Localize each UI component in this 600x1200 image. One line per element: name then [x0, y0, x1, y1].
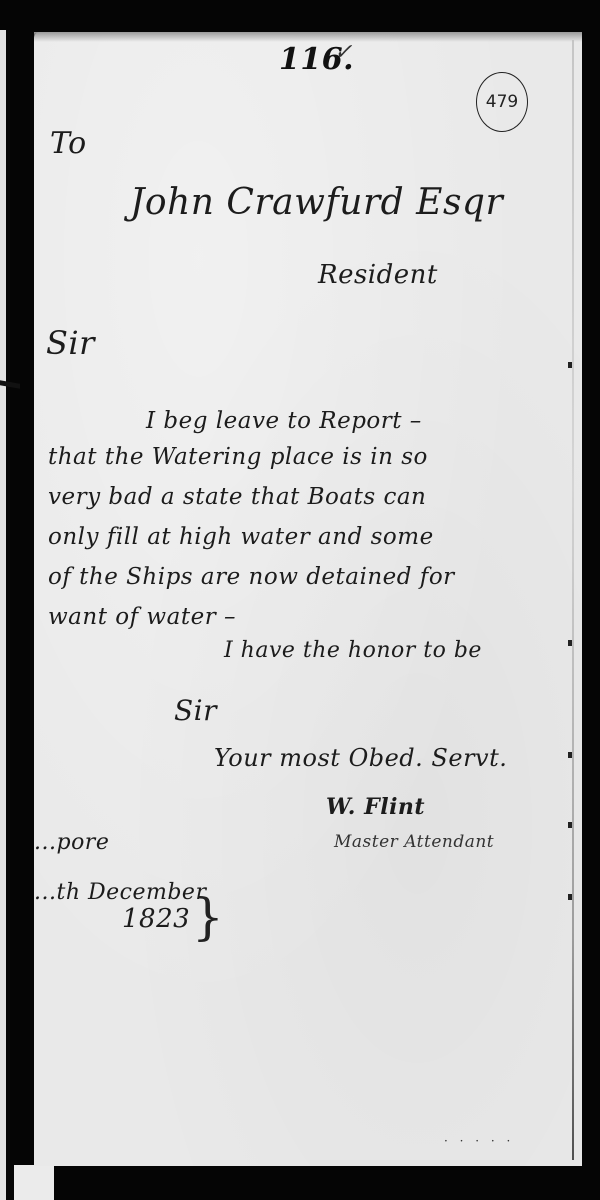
- closing-salutation: Sir: [174, 694, 217, 727]
- manuscript-page: 116. ✓ 479 To John Crawfurd Esqr Residen…: [34, 32, 582, 1166]
- brace-icon: }: [192, 888, 224, 946]
- body-line: of the Ships are now detained for: [48, 564, 455, 590]
- signature-title: Master Attendant: [334, 832, 494, 852]
- adjacent-page-edge: [0, 30, 6, 1200]
- body-line: want of water –: [48, 604, 236, 630]
- archive-stamp-number: 479: [486, 92, 518, 112]
- letter-place: ...pore: [34, 830, 109, 855]
- margin-mark: [568, 894, 572, 900]
- adjacent-page-corner: [14, 1165, 54, 1200]
- addressee-title: Resident: [318, 260, 438, 290]
- body-line: very bad a state that Boats can: [48, 484, 426, 510]
- address-to: To: [50, 126, 87, 161]
- body-line: that the Watering place is in so: [48, 444, 428, 470]
- page-top-shadow: [34, 32, 582, 42]
- closing-line: I have the honor to be: [224, 638, 482, 663]
- body-line: I beg leave to Report –: [146, 408, 422, 434]
- margin-mark: [568, 640, 572, 646]
- letter-date-year: 1823: [122, 904, 190, 934]
- margin-mark: [568, 822, 572, 828]
- body-line: only fill at high water and some: [48, 524, 434, 550]
- checkmark-icon: ✓: [334, 40, 353, 65]
- margin-mark: [568, 752, 572, 758]
- salutation: Sir: [46, 324, 95, 362]
- letter-date-day-month: ...th December: [34, 880, 206, 905]
- addressee-name: John Crawfurd Esqr: [130, 182, 503, 223]
- margin-mark: [568, 362, 572, 368]
- page-right-edge: [572, 40, 574, 1160]
- valediction: Your most Obed. Servt.: [214, 744, 507, 772]
- archive-stamp: 479: [476, 72, 528, 132]
- bottom-ink-trace: · · · · ·: [444, 1134, 514, 1148]
- signature: W. Flint: [326, 794, 425, 820]
